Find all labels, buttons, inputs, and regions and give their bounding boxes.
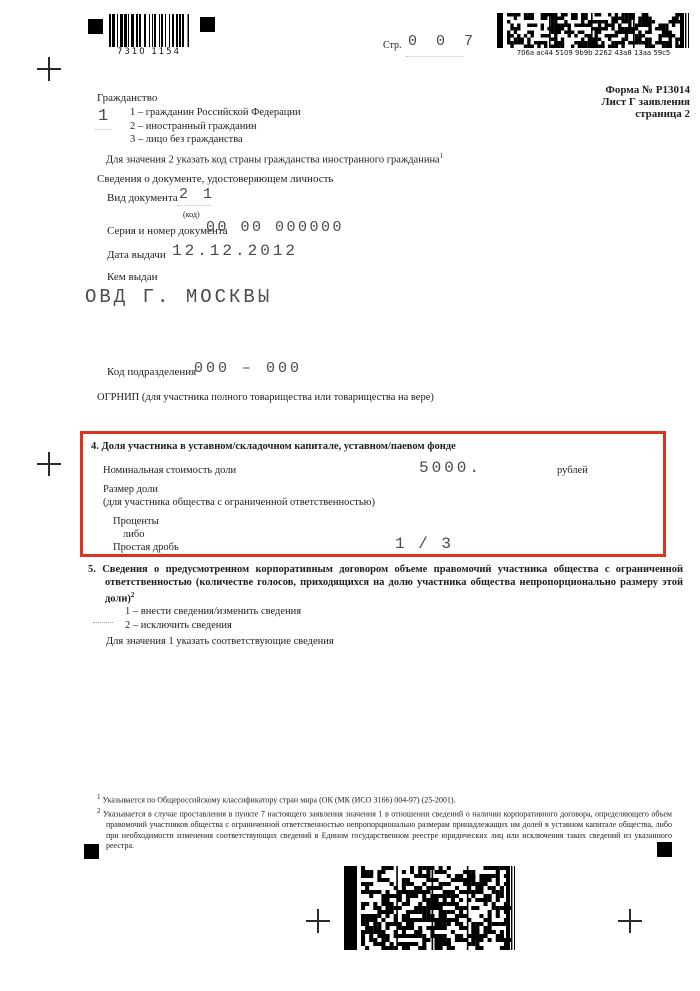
doc-type-underline (177, 189, 211, 206)
fraction-value: 1 / 3 (395, 535, 453, 553)
registration-square-top-left-2 (200, 17, 215, 32)
citizenship-options: 1 – гражданин Российской Федерации 2 – и… (130, 106, 301, 147)
registration-square-top-left (88, 19, 103, 34)
section5-option-2: 2 – исключить сведения (125, 619, 301, 633)
citizenship-note-sup: 1 (440, 152, 444, 160)
crosshair-middle-left (37, 452, 61, 476)
footnote-1-marker: 1 (97, 793, 101, 801)
percent-label: Проценты (113, 516, 159, 527)
doc-series-value: 00 00 000000 (206, 219, 344, 236)
or-label: либо (123, 529, 144, 540)
identity-doc-title: Сведения о документе, удостоверяющем лич… (97, 173, 333, 185)
section4-highlight-box: 4. Доля участника в уставном/складочном … (80, 431, 666, 557)
doc-type-label: Вид документа (107, 192, 178, 204)
footnote-1-text: Указывается по Общероссийскому классифик… (103, 796, 456, 805)
issued-by-value: ОВД Г. МОСКВЫ (85, 286, 272, 308)
nominal-value: 5000. (419, 459, 482, 477)
citizenship-note: Для значения 2 указать код страны гражда… (106, 152, 443, 166)
issued-by-label: Кем выдан (107, 271, 157, 283)
citizenship-option-1: 1 – гражданин Российской Федерации (130, 106, 301, 120)
registration-square-bottom-left (84, 844, 99, 859)
citizenship-note-text: Для значения 2 указать код страны гражда… (106, 155, 440, 166)
top-right-barcode (497, 13, 690, 53)
crosshair-bottom-right (618, 909, 642, 933)
footnote-2: 2 Указывается в случае проставления в пу… (97, 806, 672, 852)
ogrnip-label: ОГРНИП (для участника полного товарищест… (97, 392, 434, 403)
citizenship-option-3: 3 – лицо без гражданства (130, 133, 301, 147)
division-code-label: Код подразделения (107, 366, 196, 378)
citizenship-label: Гражданство (97, 92, 157, 104)
issue-date-value: 12.12.2012 (172, 242, 298, 260)
barcode2d-caption: 706a ac44 5109 9b9b 2262 43a8 13aa 59c5 (495, 49, 692, 57)
footnote-1: 1 Указывается по Общероссийскому классиф… (97, 792, 663, 806)
issue-date-label: Дата выдачи (107, 249, 166, 261)
section5-title-text: 5. Сведения о предусмотренном корпоратив… (88, 564, 683, 605)
share-size-label: Размер доли (103, 484, 158, 495)
crosshair-bottom-left (306, 909, 330, 933)
section5-title-sup: 2 (131, 591, 135, 599)
division-code-value: 000 – 000 (194, 360, 302, 377)
citizenship-option-2: 2 – иностранный гражданин (130, 120, 301, 134)
form-page: 7310 1154 Стр. 0 0 7 706a ac44 5109 9b9b… (0, 0, 700, 991)
footnote-2-marker: 2 (97, 807, 101, 815)
section5-option-1: 1 – внести сведения/изменить сведения (125, 605, 301, 619)
section5-note: Для значения 1 указать соответствующие с… (106, 636, 334, 647)
form-sheet: Лист Г заявления (470, 96, 690, 108)
share-size-sublabel: (для участника общества с ограниченной о… (103, 497, 375, 508)
footnote-2-text: Указывается в случае проставления в пунк… (103, 810, 672, 851)
fraction-label: Простая дробь (113, 542, 179, 553)
nominal-value-label: Номинальная стоимость доли (103, 465, 236, 476)
form-pagenum: страница 2 (470, 108, 690, 120)
crosshair-top-left (37, 57, 61, 81)
section5-options: 1 – внести сведения/изменить сведения 2 … (125, 605, 301, 632)
doc-type-hint: (код) (183, 210, 200, 219)
nominal-unit: рублей (557, 465, 588, 476)
form-number: Форма № Р13014 (470, 84, 690, 96)
form-title-block: Форма № Р13014 Лист Г заявления страница… (470, 84, 690, 120)
registration-square-bottom-right (657, 842, 672, 857)
section4-title: 4. Доля участника в уставном/складочном … (91, 441, 456, 452)
section5-title: 5. Сведения о предусмотренном корпоратив… (88, 563, 683, 606)
section5-value-placeholder (93, 614, 113, 623)
barcode-number: 7310 1154 (106, 47, 192, 57)
page-number-underline (406, 38, 464, 57)
citizenship-underline (95, 112, 111, 130)
page-number-label: Стр. (383, 40, 402, 51)
bottom-barcode (344, 866, 516, 955)
